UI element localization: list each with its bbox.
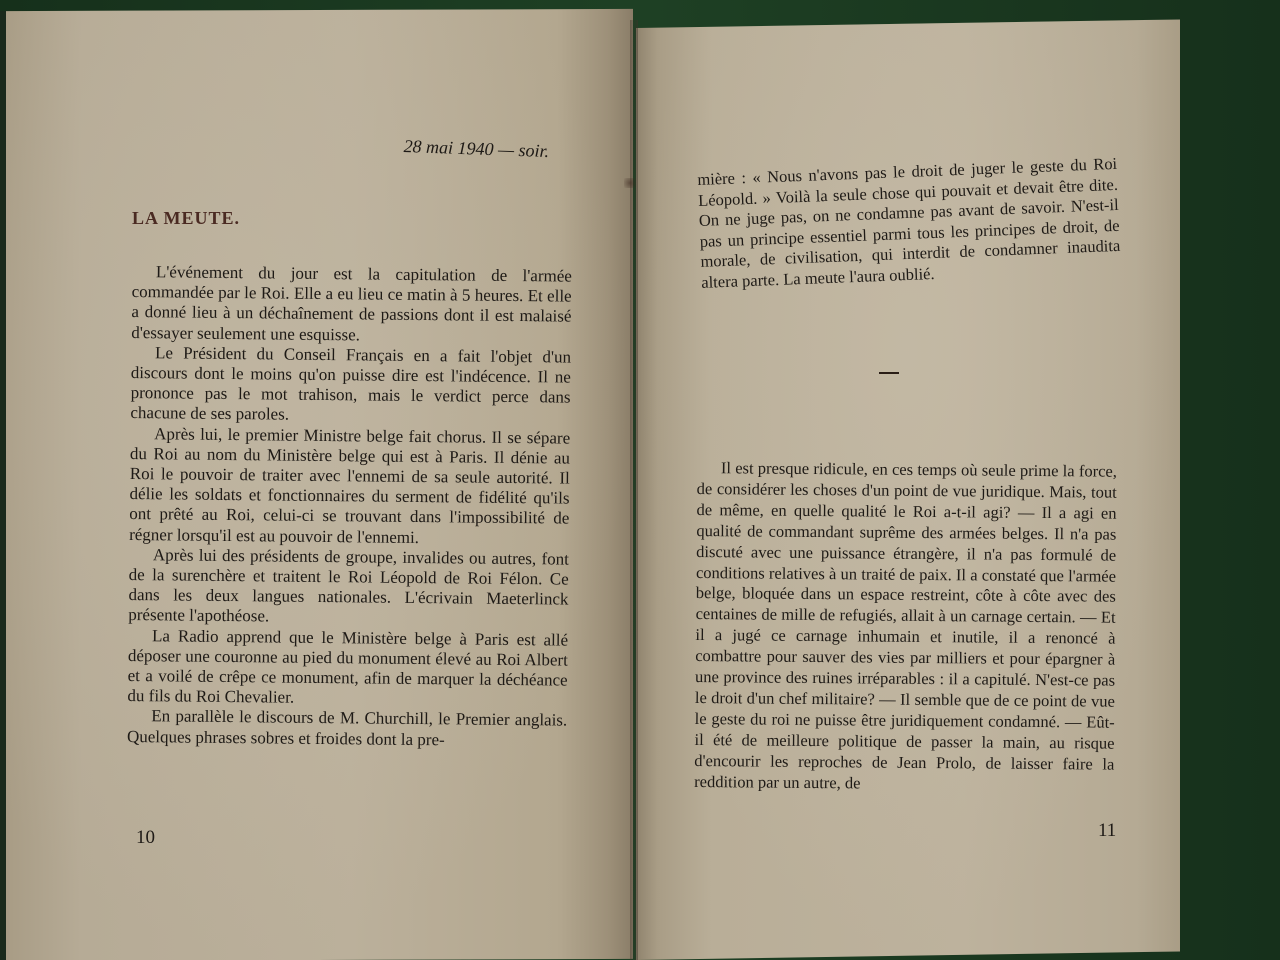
paper-tear-mark bbox=[624, 178, 636, 188]
paragraph: L'événement du jour est la capitulation … bbox=[131, 262, 572, 347]
left-page-body: L'événement du jour est la capitulation … bbox=[127, 262, 572, 751]
book-photo-scene: 28 mai 1940 — soir. LA MEUTE. L'événemen… bbox=[0, 0, 1280, 960]
page-number-right: 11 bbox=[1098, 820, 1116, 842]
paragraph: En parallèle le discours de M. Churchill… bbox=[127, 706, 567, 751]
paragraph: Après lui, le premier Ministre belge fai… bbox=[129, 424, 570, 550]
right-page-body: Il est presque ridicule, en ces temps où… bbox=[694, 458, 1117, 796]
paragraph: Le Président du Conseil Français en a fa… bbox=[130, 343, 571, 428]
paragraph: mière : « Nous n'avons pas le droit de j… bbox=[697, 154, 1121, 293]
section-separator bbox=[879, 372, 899, 374]
paragraph: La Radio apprend que le Ministère belge … bbox=[127, 626, 568, 711]
paragraph: Il est presque ridicule, en ces temps où… bbox=[694, 458, 1117, 796]
chapter-title: LA MEUTE. bbox=[132, 208, 240, 229]
page-number-left: 10 bbox=[136, 827, 155, 849]
book-gutter bbox=[630, 20, 638, 960]
right-page-continuation: mière : « Nous n'avons pas le droit de j… bbox=[697, 154, 1121, 293]
paragraph: Après lui des présidents de groupe, inva… bbox=[128, 545, 569, 630]
